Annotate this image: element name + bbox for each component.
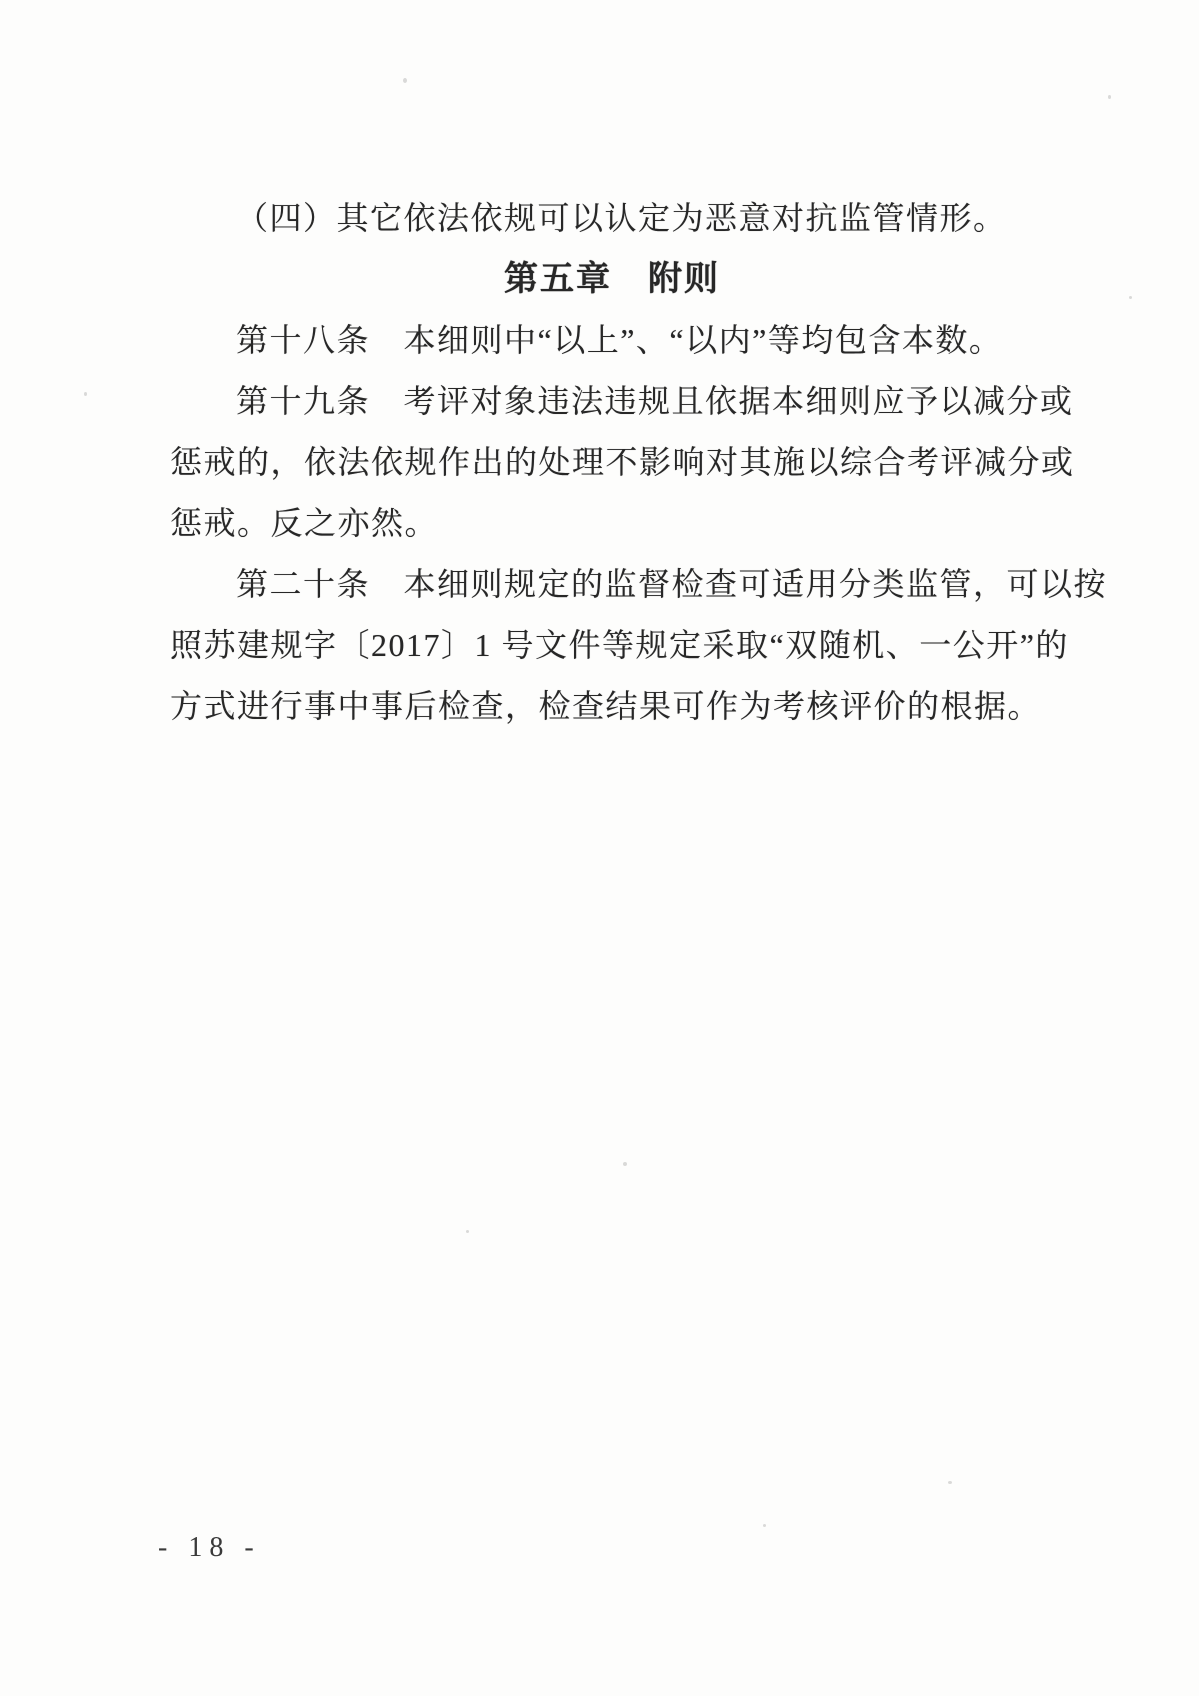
- scan-speck: [84, 392, 87, 396]
- scanned-document-page: （四）其它依法依规可以认定为恶意对抗监管情形。 第五章 附则 第十八条 本细则中…: [0, 0, 1199, 1696]
- scan-speck: [948, 1481, 952, 1484]
- scan-speck: [623, 1162, 627, 1166]
- article-20-line-2: 照苏建规字〔2017〕1 号文件等规定采取“双随机、一公开”的: [170, 615, 1054, 676]
- article-19-line-2: 惩戒的，依法依规作出的处理不影响对其施以综合考评减分或: [170, 432, 1054, 493]
- article-20-line-1: 第二十条 本细则规定的监督检查可适用分类监管，可以按: [170, 554, 1054, 615]
- scan-speck: [763, 1524, 766, 1527]
- article-18-line-1: 第十八条 本细则中“以上”、“以内”等均包含本数。: [170, 310, 1054, 371]
- clause-item-four: （四）其它依法依规可以认定为恶意对抗监管情形。: [170, 188, 1054, 249]
- scan-speck: [1108, 95, 1111, 99]
- article-19-line-3: 惩戒。反之亦然。: [170, 493, 1054, 554]
- page-number: - 18 -: [158, 1532, 261, 1564]
- article-20-line-3: 方式进行事中事后检查，检查结果可作为考核评价的根据。: [170, 676, 1054, 737]
- chapter-heading: 第五章 附则: [170, 249, 1054, 310]
- scan-speck: [228, 710, 231, 713]
- scan-speck: [1129, 296, 1132, 299]
- scan-speck: [466, 1230, 469, 1233]
- scan-speck: [403, 78, 407, 83]
- document-body: （四）其它依法依规可以认定为恶意对抗监管情形。 第五章 附则 第十八条 本细则中…: [170, 188, 1054, 737]
- article-19-line-1: 第十九条 考评对象违法违规且依据本细则应予以减分或: [170, 371, 1054, 432]
